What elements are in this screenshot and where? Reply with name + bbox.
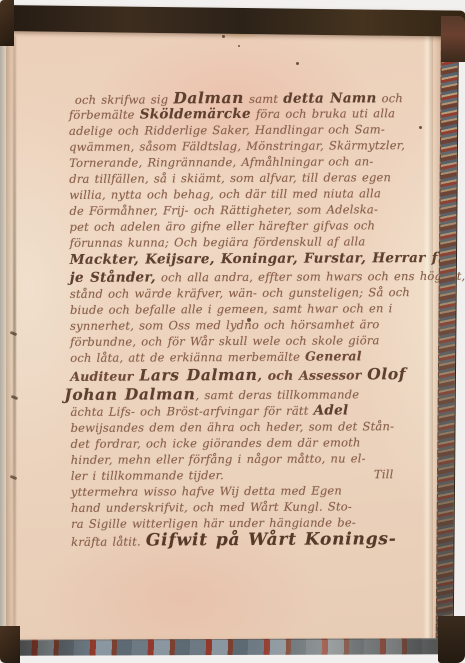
manuscript-line: förunnas kunna; Och begiära fördenskull … [70,233,410,251]
manuscript-text-segment: och [377,91,404,105]
manuscript-line: stånd och wärde kräfver, wän- och gunste… [70,284,410,302]
manuscript-line: kräfta låtit. Gifwit på Wårt Konings- [71,530,411,551]
manuscript-line: willia, nytta och behag, och där till me… [69,185,409,203]
manuscript-text-segment: je Stånder, [70,269,156,285]
manuscript-text-segment: Gifwit på Wårt Konings- [146,529,397,550]
manuscript-text-segment: Tornerande, Ringrännande, Afmåhlningar o… [69,154,373,170]
manuscript-text-segment: hinder, mehn eller förfång i någor måtto… [71,451,366,467]
manuscript-text-segment: pet och adelen äro gifne eller härefter … [69,218,375,234]
manuscript-text-segment: synnerhet, som Oss med lydno och hörsamh… [70,317,380,333]
manuscript-text-segment: och låta, att de erkiänna merbemälte [70,350,305,365]
manuscript-text-segment: och alla andra, effter som hwars och ens… [156,269,465,285]
manuscript-line: förbemälte Sköldemärcke föra och bruka u… [69,105,409,123]
foxing-speck [222,35,225,38]
manuscript-text-segment: willia, nytta och behag, och där till me… [69,186,381,202]
manuscript-text-segment: stånd och wärde kräfver, wän- och gunste… [70,285,410,301]
manuscript-line: de Förmåhner, Frij- och Rättigheter, som… [69,201,409,219]
foxing-speck [238,45,240,47]
manuscript-line: dra tillfällen, så i skiämt, som alfvar,… [69,169,409,187]
manuscript-page: och skrifwa sig Dalman samt detta Namn o… [6,24,443,647]
manuscript-text-segment: hand underskrifvit, och med Wårt Kungl. … [71,499,352,514]
manuscript-text-segment: föra och bruka uti alla [251,106,395,121]
book-cover-bottom-left-corner [0,626,20,663]
manuscript-text-segment: de Förmåhner, Frij- och Rättigheter, som… [69,202,378,218]
book-cover-bottom-right-corner [438,616,465,663]
manuscript-line: och skrifwa sig Dalman samt detta Namn o… [69,89,409,107]
manuscript-text-segment: kräfta låtit. [71,534,146,548]
manuscript-line: yttermehra wisso hafve Wij detta med Ege… [71,482,411,500]
manuscript-text-segment: adelige och Ridderlige Saker, Handlingar… [69,122,385,138]
manuscript-text-segment: Auditeur [70,369,139,384]
manuscript-text-segment: Dalman [173,88,244,107]
binding-stitch [10,331,18,336]
manuscript-line: adelige och Ridderlige Saker, Handlingar… [69,121,409,139]
bottom-edge-marbling [16,638,450,656]
manuscript-line: ächta Lifs- och Bröst-arfvingar för rätt… [70,402,410,420]
manuscript-line: je Stånder, och alla andra, effter som h… [70,268,410,286]
manuscript-line: och låta, att de erkiänna merbemälte Gen… [70,348,410,366]
manuscript-text-segment: , och Assessor [257,367,367,383]
manuscript-text-segment: Adel [314,402,349,418]
manuscript-line: Johan Dalman, samt deras tillkommande [64,383,410,404]
manuscript-text-segment: detta Namn [283,90,376,106]
foxing-speck [296,62,299,65]
manuscript-line: pet och adelen äro gifne eller härefter … [69,217,409,235]
manuscript-text-segment: biude och befalle alle i gemeen, samt hw… [70,301,393,317]
binding-stitch [11,395,19,400]
manuscript-text-segment: qwämmen, såsom Fäldtslag, Mönstringar, S… [69,138,405,154]
binding-stitch [10,475,18,480]
manuscript-text-segment: bewijsandes dem den ähra och heder, som … [71,419,395,435]
manuscript-line: Mackter, Keijsare, Koningar, Furstar, He… [70,249,410,270]
manuscript-line: det fordrar, och icke giörandes dem där … [71,434,411,452]
fore-edge-fold-highlight [423,28,433,640]
manuscript-text-segment: förunnas kunna; Och begiära fördenskull … [70,234,366,250]
manuscript-text-segment: samt [244,92,283,106]
manuscript-text-segment: Johan Dalman [64,384,195,404]
book-cover-top-left-corner [0,0,14,46]
manuscript-line: bewijsandes dem den ähra och heder, som … [71,418,411,436]
foxing-speck [419,126,422,129]
manuscript-line: hinder, mehn eller förfång i någor måtto… [71,450,411,468]
scanned-book-photo: och skrifwa sig Dalman samt detta Namn o… [0,0,465,663]
manuscript-text-segment: Lars Dalman [139,365,257,385]
manuscript-text-segment: det fordrar, och icke giörandes dem där … [71,435,361,451]
manuscript-text: och skrifwa sig Dalman samt detta Namn o… [69,89,411,551]
book-cover-top-right-corner [441,16,465,62]
manuscript-text-segment: förbundne, och för Wår skull wele och sk… [70,333,380,349]
manuscript-line: förbundne, och för Wår skull wele och sk… [70,332,410,350]
manuscript-text-segment: dra tillfällen, så i skiämt, som alfvar,… [69,170,391,186]
manuscript-text-segment: Mackter, Keijsare, Koningar, Furstar, He… [70,250,457,268]
manuscript-text-segment: Till [374,467,394,481]
manuscript-line: synnerhet, som Oss med lydno och hörsamh… [70,316,410,334]
manuscript-text-segment: ächta Lifs- och Bröst-arfvingar för rätt [70,404,313,419]
manuscript-text-segment: ler i tillkommande tijder. [71,468,224,483]
manuscript-line: Tornerande, Ringrännande, Afmåhlningar o… [69,153,409,171]
manuscript-text-segment: ra Sigille witterligen här under hängian… [71,515,356,530]
manuscript-text-segment: förbemälte [69,108,140,122]
manuscript-line: ler i tillkommande tijder.Till [71,466,411,484]
manuscript-text-segment: Olof [367,364,406,383]
manuscript-text-segment: Sköldemärcke [140,106,251,123]
manuscript-line: hand underskrifvit, och med Wårt Kungl. … [71,498,411,516]
manuscript-line: biude och befalle alle i gemeen, samt hw… [70,300,410,318]
manuscript-text-segment: yttermehra wisso hafve Wij detta med Ege… [71,483,342,498]
manuscript-text-segment: och skrifwa sig [75,92,174,107]
manuscript-text-segment: General [305,348,362,363]
manuscript-line: Auditeur Lars Dalman, och Assessor Olof [70,364,410,385]
manuscript-text-segment [224,478,374,479]
manuscript-line: qwämmen, såsom Fäldtslag, Mönstringar, S… [69,137,409,155]
manuscript-text-segment: , samt deras tillkommande [195,387,359,402]
